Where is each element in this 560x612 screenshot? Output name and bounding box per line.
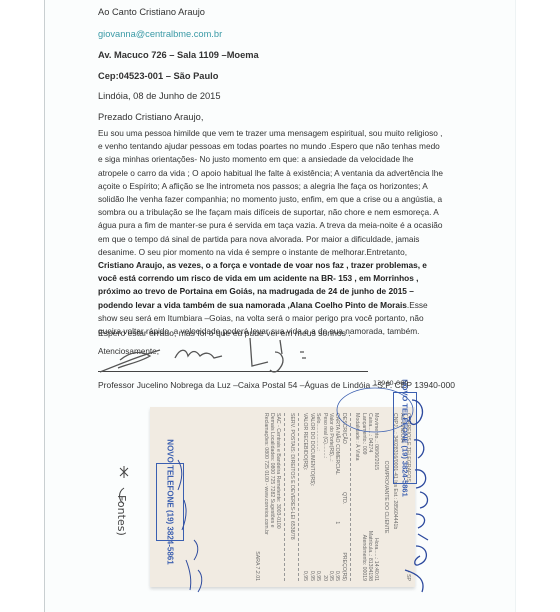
receipt-item-value: 0,95 <box>302 571 308 581</box>
recipient-line: Ao Canto Cristiano Araujo <box>98 7 205 17</box>
receipt-item-value: 20 <box>321 575 327 581</box>
receipt-item-value: 0,95 <box>308 571 314 581</box>
phone-stamp-text: NOVO TELEFONE (19) 3824-5861 <box>401 379 410 497</box>
closing-line: Espero estar errado, mas foi o que eu pu… <box>98 328 351 338</box>
receipt-state: - SP <box>405 571 411 581</box>
receipt-item-value: 0,95 <box>315 571 321 581</box>
receipt-item: Valor do Porte(R$)...: <box>328 413 334 462</box>
receipt-col-header: QTD. <box>340 492 346 504</box>
body-segment-warning: Cristiano Araujo, as vezes, o a força e … <box>98 260 427 310</box>
email-link[interactable]: giovanna@centralbme.com.br <box>98 29 222 39</box>
receipt-sac-3: Reclamações: 0800 725 0100 - www.correio… <box>262 413 268 581</box>
phone-stamp-left: NOVO TELEFONE (19) 3824-5861 <box>156 463 184 541</box>
salutation: Prezado Cristiano Araujo, <box>98 112 203 122</box>
receipt-item: Selo..................: <box>315 413 321 451</box>
phone-stamp-text: NOVO TELEFONE (19) 3824-5861 <box>166 439 175 564</box>
receipt-version: SARA 7.2.01 <box>254 413 260 581</box>
receipt-field: Caixa......: 04274 <box>367 413 373 452</box>
receipt-item-qty: 1 <box>334 521 340 524</box>
receipt-item: VALOR DO DOCUMENTO(R$): <box>308 413 314 486</box>
postal-receipt: CORREIOS E TELEGRAFOS- SP AC LINDOIA CNP… <box>150 407 415 587</box>
receipt-field: Movimento..: 08/06/2015 <box>373 413 379 470</box>
receipt-item: Peso real (G).........: <box>321 413 327 458</box>
receipt-title: COMPROVANTE DO CLIENTE <box>382 413 388 581</box>
receipt-field: Matrícula..: 81304198 <box>367 531 373 581</box>
receipt-sac-2: Demais Localidades: 0800 725 7282 Sugest… <box>269 413 275 581</box>
receipt-content: CORREIOS E TELEGRAFOS- SP AC LINDOIA CNP… <box>150 407 415 587</box>
receipt-field: Hora......: 14:40:01 <box>373 538 379 581</box>
receipt-field: Modalidade : À Vista <box>354 413 360 461</box>
place-date: Lindóia, 08 de Junho de 2015 <box>98 91 221 101</box>
receipt-item: VALOR RECEBIDO(R$): <box>302 413 308 470</box>
receipt-item-price: 0,95 <box>334 571 340 581</box>
receipt-services: SERV. POSTAIS: DIREITOS E DEVERES-LEI 65… <box>289 413 295 581</box>
letter-body: Eu sou uma pessoa himilde que vem te tra… <box>98 127 443 338</box>
receipt-item-value: 0,95 <box>328 571 334 581</box>
body-segment-intro: Eu sou uma pessoa himilde que vem te tra… <box>98 128 443 257</box>
address-line: Av. Macuco 726 – Sala 1109 –Moema <box>98 50 259 60</box>
receipt-field: Atendimento: 00019 <box>360 535 366 581</box>
receipt-sac: SAC - Centrais e Bandeira Remetente: 300… <box>275 413 281 581</box>
receipt-field: Lançamento.: 009 <box>360 413 366 455</box>
receipt-col-header: DESCRIÇÃO <box>340 413 346 444</box>
signature-line <box>98 371 368 372</box>
valediction: Atenciosamente, <box>98 347 159 356</box>
receipt-col-header: PREÇO(R$) <box>340 552 346 581</box>
receipt-item: CARTA NÃO COMERCIAL <box>334 413 340 475</box>
phone-stamp-right: NOVO TELEFONE (19) 3824-5861 <box>393 392 417 484</box>
cep-line: Cep:04523-001 – São Paulo <box>98 71 218 81</box>
